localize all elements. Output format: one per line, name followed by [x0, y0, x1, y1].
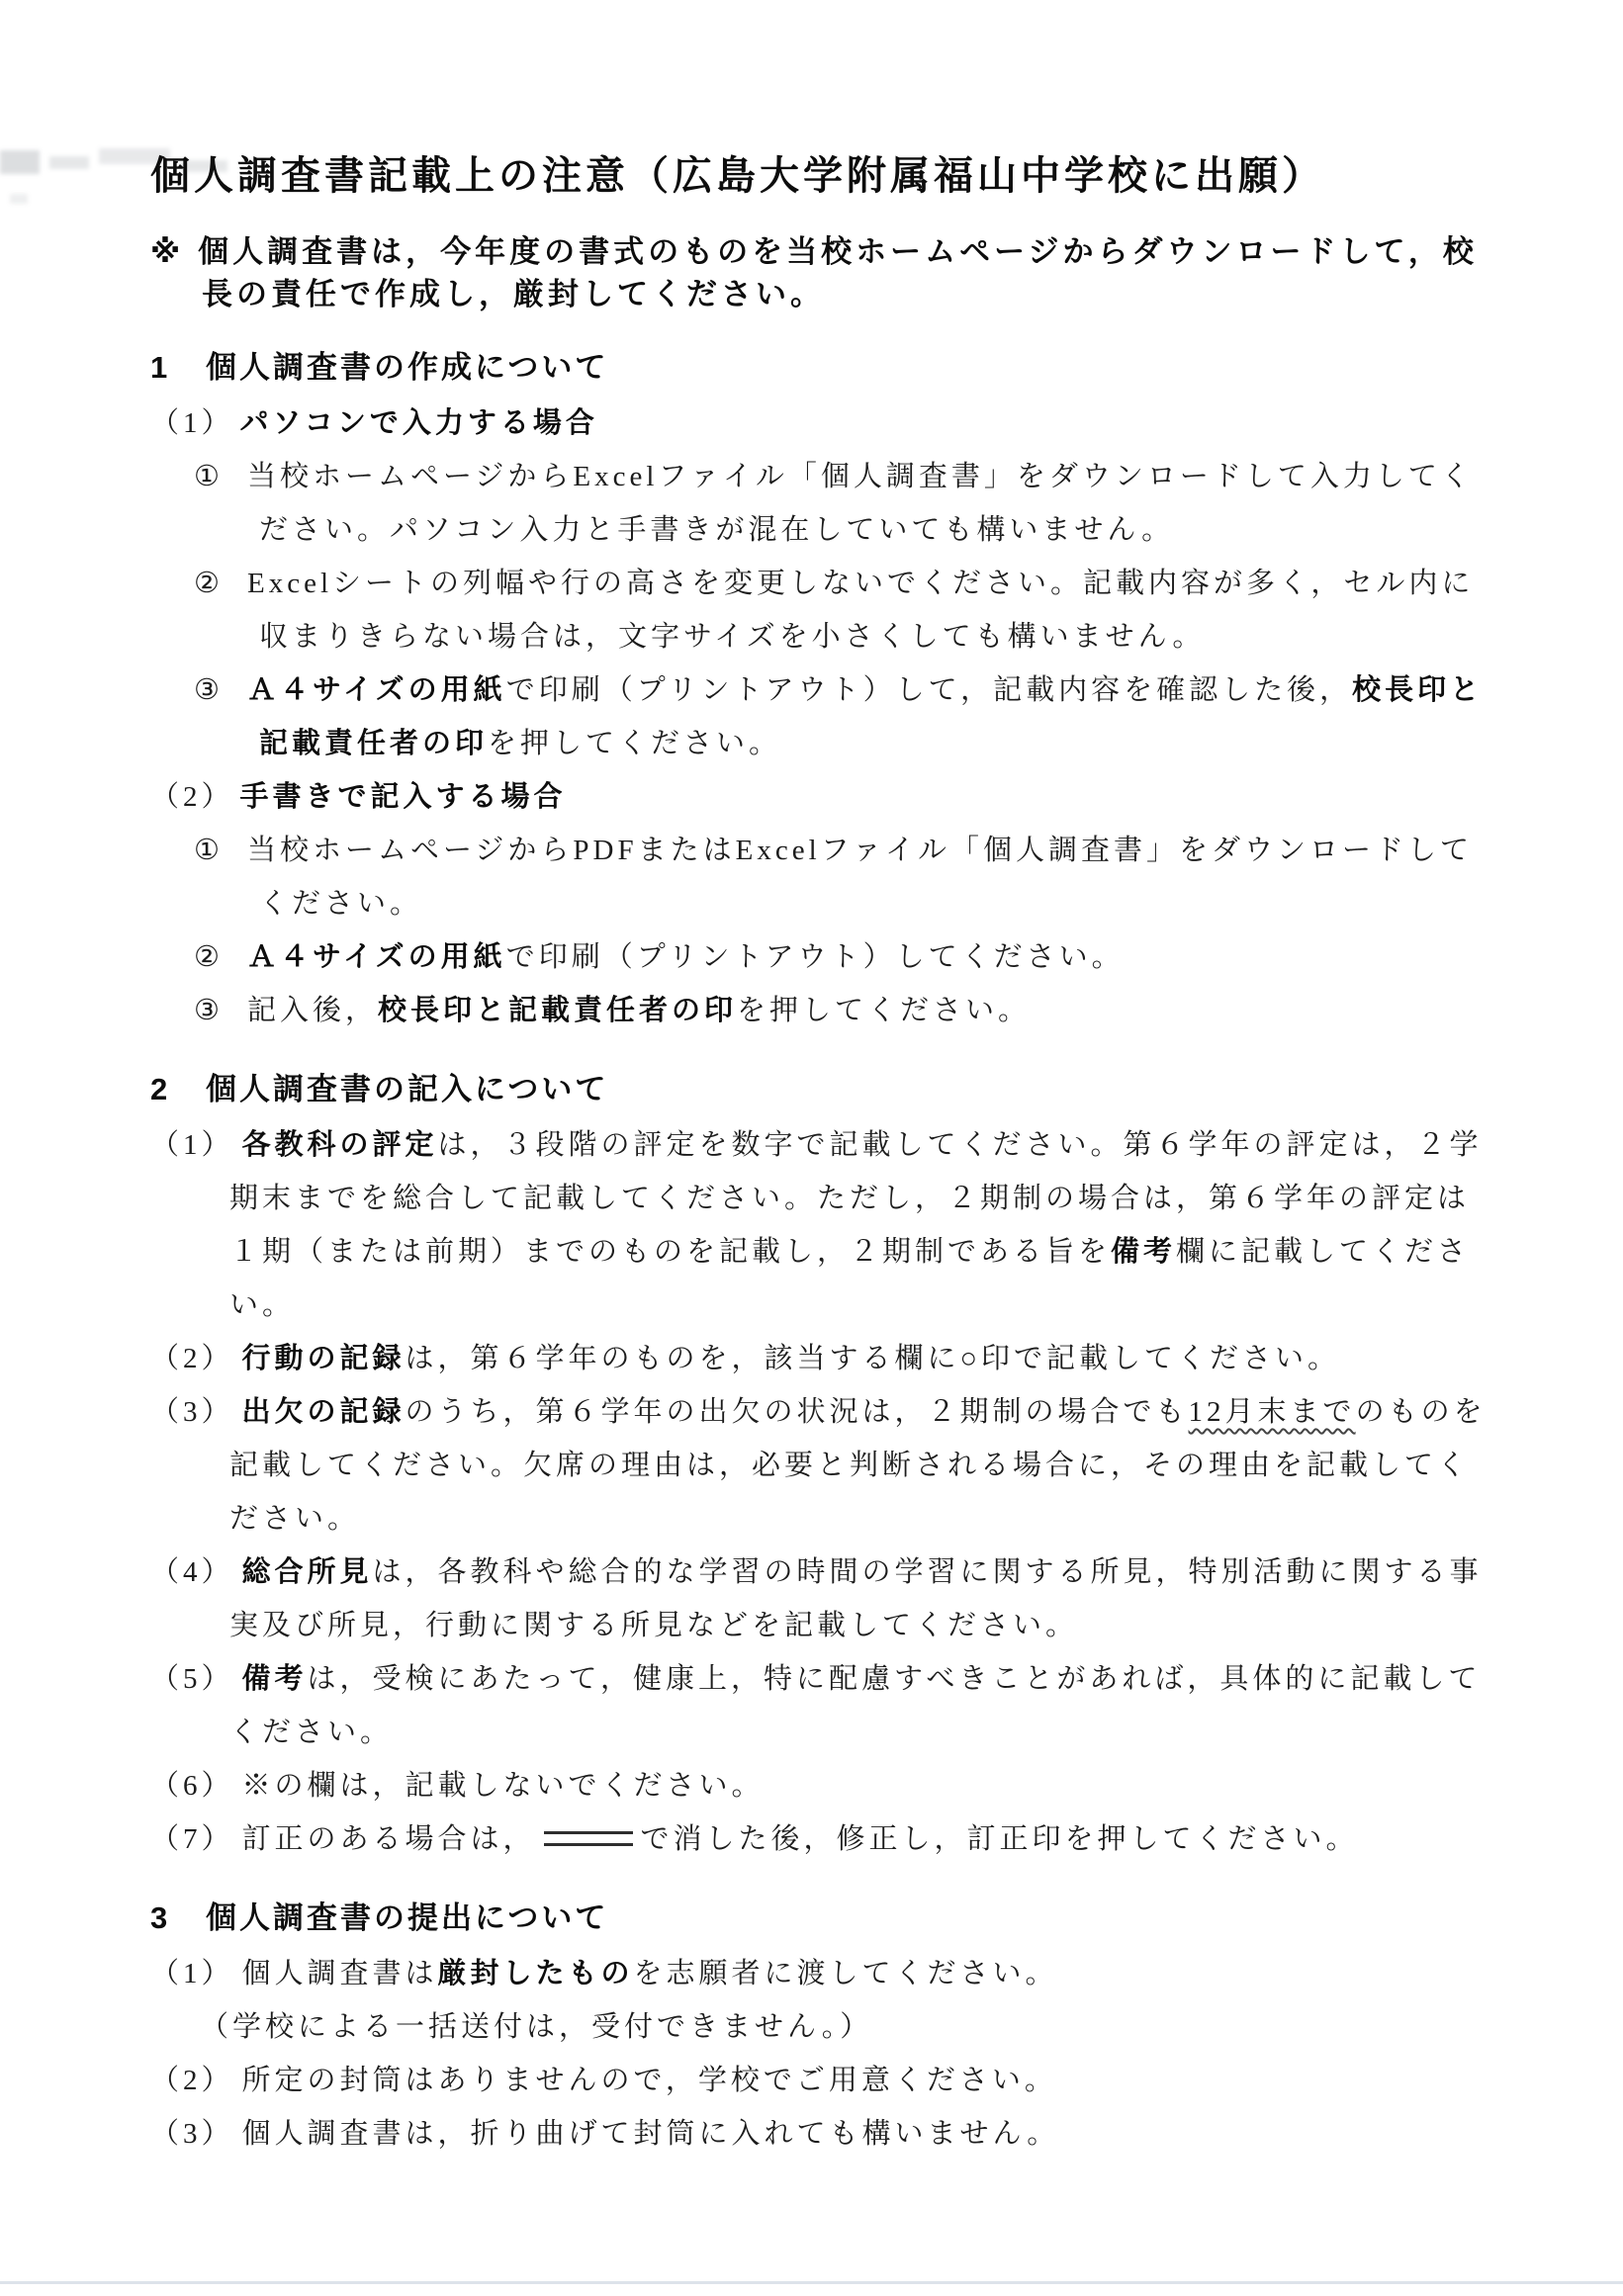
- text-segment: 所定の封筒はありませんので，学校でご用意ください。: [242, 2065, 1057, 2096]
- list-item: ②Ａ４サイズの用紙で印刷（プリントアウト）してください。: [194, 930, 1495, 984]
- text-segment: 校長印と記載責任者の印: [378, 995, 737, 1026]
- text-segment: 出欠の記録: [242, 1396, 406, 1428]
- text-segment: のうち，第６学年の出欠の状況は，２期制の場合でも: [406, 1396, 1189, 1428]
- text-segment: 総合所見: [242, 1556, 373, 1588]
- text-segment: 当校ホームページからExcelファイル「個人調査書」をダウンロードして入力してく…: [247, 461, 1474, 546]
- section-3-heading: 3個人調査書の提出について: [150, 1890, 1495, 1947]
- scan-artifact: [49, 156, 89, 169]
- text-segment: 手書きで記入する場合: [240, 781, 567, 813]
- scan-artifact: [10, 194, 28, 204]
- item-marker: （7）: [150, 1823, 234, 1855]
- section-3: 3個人調査書の提出について（1）個人調査書は厳封したものを志願者に渡してください…: [150, 1890, 1495, 2161]
- item-marker: （1）: [150, 1129, 234, 1161]
- scan-edge-line: [0, 2281, 1623, 2284]
- text-segment: は，受検にあたって，健康上，特に配慮すべきことがあれば，具体的に記載してください…: [229, 1663, 1481, 1748]
- list-subheading: （2）手書きで記入する場合: [150, 770, 1495, 824]
- text-segment: を押してください。: [737, 995, 1031, 1026]
- item-marker: （3）: [150, 1396, 234, 1428]
- double-strike-rule: [544, 1831, 633, 1846]
- list-item: （4）総合所見は，各教科や総合的な学習の時間の学習に関する所見，特別活動に関する…: [150, 1545, 1495, 1652]
- text-segment: 備考: [242, 1663, 308, 1695]
- section-heading-text: 個人調査書の記入について: [206, 1072, 608, 1106]
- sections-container: 1個人調査書の作成について（1）パソコンで入力する場合①当校ホームページからEx…: [150, 339, 1495, 2161]
- list-item: （学校による一括送付は，受付できません。）: [150, 2000, 1495, 2054]
- item-marker: （6）: [150, 1770, 234, 1802]
- item-marker: （2）: [150, 1343, 234, 1374]
- item-marker: （5）: [150, 1663, 234, 1695]
- text-segment: Excelシートの列幅や行の高さを変更しないでください。記載内容が多く，セル内に…: [247, 568, 1474, 653]
- text-segment: 個人調査書は，折り曲げて封筒に入れても構いません。: [242, 2118, 1060, 2150]
- section-1-heading: 1個人調査書の作成について: [150, 339, 1495, 397]
- item-marker: （3）: [150, 2118, 234, 2150]
- section-number: 1: [150, 339, 206, 397]
- list-item: ②Excelシートの列幅や行の高さを変更しないでください。記載内容が多く，セル内…: [194, 557, 1495, 663]
- text-segment: は，第６学年のものを，該当する欄に○印で記載してください。: [406, 1343, 1341, 1374]
- item-marker: （1）: [150, 1958, 234, 1989]
- item-marker: ②: [194, 941, 224, 973]
- scanned-document-page: 個人調査書記載上の注意（広島大学附属福山中学校に出願） ※個人調査書は，今年度の…: [0, 0, 1623, 2296]
- section-heading-text: 個人調査書の提出について: [206, 1900, 608, 1935]
- text-segment: 記入後，: [247, 995, 378, 1026]
- item-marker: ③: [194, 674, 224, 706]
- list-item: （6）※の欄は，記載しないでください。: [150, 1759, 1495, 1812]
- top-note: ※個人調査書は，今年度の書式のものを当校ホームページからダウンロードして，校長の…: [150, 230, 1495, 315]
- list-item: （3）出欠の記録のうち，第６学年の出欠の状況は，２期制の場合でも12月末までのも…: [150, 1385, 1495, 1545]
- item-marker: （2）: [150, 781, 234, 813]
- top-note-text: 個人調査書は，今年度の書式のものを当校ホームページからダウンロードして，校長の責…: [198, 234, 1478, 311]
- text-segment: ※の欄は，記載しないでください。: [242, 1770, 765, 1802]
- list-item: （2）所定の封筒はありませんので，学校でご用意ください。: [150, 2054, 1495, 2107]
- list-item: （2）行動の記録は，第６学年のものを，該当する欄に○印で記載してください。: [150, 1332, 1495, 1385]
- item-marker: （1）: [150, 407, 234, 439]
- list-item: （3）個人調査書は，折り曲げて封筒に入れても構いません。: [150, 2107, 1495, 2161]
- section-1: 1個人調査書の作成について（1）パソコンで入力する場合①当校ホームページからEx…: [150, 339, 1495, 1037]
- text-segment: 12月末まで: [1189, 1396, 1356, 1428]
- list-item: （5）備考は，受検にあたって，健康上，特に配慮すべきことがあれば，具体的に記載し…: [150, 1652, 1495, 1759]
- text-segment: Ａ４サイズの用紙: [247, 674, 506, 706]
- item-marker: （4）: [150, 1556, 234, 1588]
- document-content: 個人調査書記載上の注意（広島大学附属福山中学校に出願） ※個人調査書は，今年度の…: [150, 144, 1495, 2161]
- list-item: ③Ａ４サイズの用紙で印刷（プリントアウト）して，記載内容を確認した後，校長印と記…: [194, 663, 1495, 770]
- text-segment: を押してください。: [488, 728, 781, 759]
- list-item: （7）訂正のある場合は，で消した後，修正し，訂正印を押してください。: [150, 1812, 1495, 1866]
- text-segment: パソコンで入力する場合: [240, 407, 598, 439]
- reference-mark: ※: [150, 234, 184, 269]
- text-segment: 各教科の評定: [242, 1129, 438, 1161]
- list-item: （1）各教科の評定は，３段階の評定を数字で記載してください。第６学年の評定は，２…: [150, 1118, 1495, 1332]
- text-segment: で消した後，修正し，訂正印を押してください。: [641, 1823, 1359, 1855]
- text-segment: は，各教科や総合的な学習の時間の学習に関する所見，特別活動に関する事実及び所見，…: [229, 1556, 1483, 1641]
- text-segment: 厳封したもの: [438, 1958, 634, 1989]
- text-segment: 備考: [1111, 1236, 1176, 1268]
- text-segment: 当校ホームページからPDFまたはExcelファイル「個人調査書」をダウンロードし…: [247, 835, 1473, 920]
- scan-artifact: [0, 150, 40, 174]
- item-marker: ①: [194, 835, 224, 866]
- section-number: 2: [150, 1061, 206, 1118]
- text-segment: を志願者に渡してください。: [634, 1958, 1058, 1989]
- text-segment: で印刷（プリントアウト）してください。: [506, 941, 1125, 973]
- text-segment: 個人調査書は: [242, 1958, 438, 1989]
- page-title: 個人調査書記載上の注意（広島大学附属福山中学校に出願）: [150, 144, 1495, 201]
- text-segment: で印刷（プリントアウト）して，記載内容を確認した後，: [506, 674, 1352, 706]
- section-2-heading: 2個人調査書の記入について: [150, 1061, 1495, 1118]
- section-heading-text: 個人調査書の作成について: [206, 350, 608, 385]
- item-marker: ③: [194, 995, 224, 1026]
- list-item: ①当校ホームページからPDFまたはExcelファイル「個人調査書」をダウンロード…: [194, 824, 1495, 930]
- list-item: （1）個人調査書は厳封したものを志願者に渡してください。: [150, 1947, 1495, 2000]
- list-item: ③記入後，校長印と記載責任者の印を押してください。: [194, 984, 1495, 1037]
- item-marker: ①: [194, 461, 224, 492]
- section-number: 3: [150, 1890, 206, 1947]
- item-marker: （2）: [150, 2065, 234, 2096]
- text-segment: Ａ４サイズの用紙: [247, 941, 506, 973]
- list-subheading: （1）パソコンで入力する場合: [150, 397, 1495, 450]
- section-2: 2個人調査書の記入について（1）各教科の評定は，３段階の評定を数字で記載してくだ…: [150, 1061, 1495, 1866]
- item-marker: ②: [194, 568, 224, 599]
- text-segment: 訂正のある場合は，: [242, 1823, 536, 1855]
- list-item: ①当校ホームページからExcelファイル「個人調査書」をダウンロードして入力して…: [194, 450, 1495, 557]
- text-segment: 行動の記録: [242, 1343, 406, 1374]
- text-segment: （学校による一括送付は，受付できません。）: [200, 2011, 872, 2043]
